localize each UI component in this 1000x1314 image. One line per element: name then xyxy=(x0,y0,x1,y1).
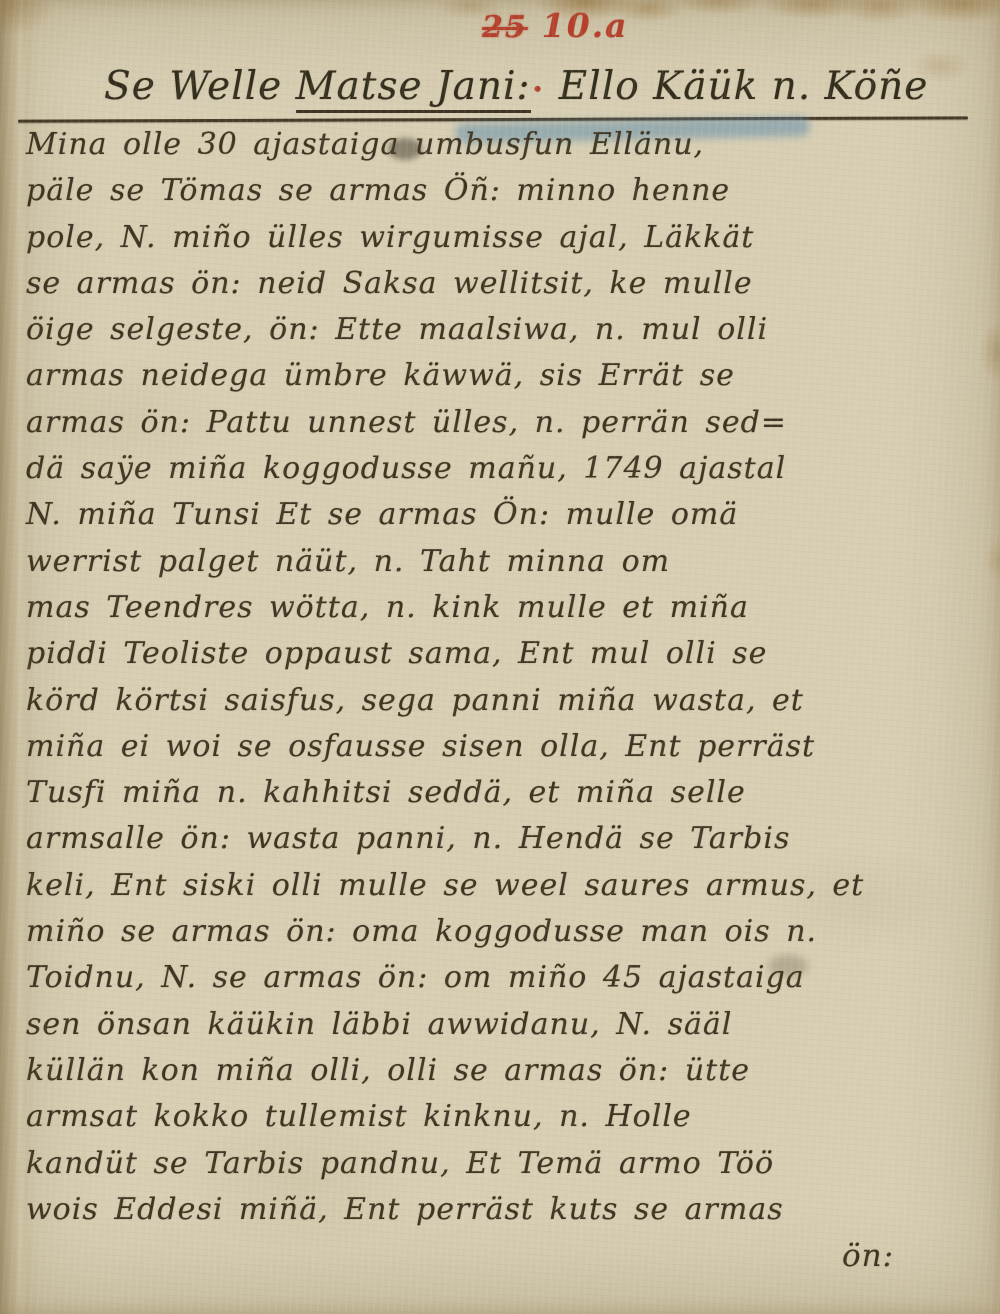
folio-number: 10.a xyxy=(542,6,629,45)
title-underlined-name: Matse Jani: xyxy=(296,64,531,113)
text-line: päle se Tömas se armas Öñ: minno henne xyxy=(26,173,990,219)
text-line: armas neidega ümbre käwwä, sis Errät se xyxy=(26,358,990,404)
page-title: Se Welle Matse Jani:• Ello Käük n. Köñe xyxy=(104,64,980,109)
text-line: küllän kon miña olli, olli se armas ön: … xyxy=(26,1053,990,1099)
catchword: ön: xyxy=(842,1238,894,1274)
text-line: werrist palget näüt, n. Taht minna om xyxy=(26,544,990,590)
text-line: armsalle ön: wasta panni, n. Hendä se Ta… xyxy=(26,821,990,867)
text-line: Toidnu, N. se armas ön: om miño 45 ajast… xyxy=(26,960,990,1006)
text-line: piddi Teoliste oppaust sama, Ent mul oll… xyxy=(26,636,990,682)
red-ink-dot: • xyxy=(532,77,545,101)
text-line: miña ei woi se osfausse sisen olla, Ent … xyxy=(26,729,990,775)
title-part3: Ello Käük n. Köñe xyxy=(545,64,928,109)
folio-number-struck: 25 xyxy=(482,10,528,45)
text-line: öige selgeste, ön: Ette maalsiwa, n. mul… xyxy=(26,312,990,358)
manuscript-body: Mina olle 30 ajastaiga umbusfun Ellänu, … xyxy=(26,127,990,1238)
text-line: pole, N. miño ülles wirgumisse ajal, Läk… xyxy=(26,220,990,266)
text-line: mas Teendres wötta, n. kink mulle et miñ… xyxy=(26,590,990,636)
text-line: körd körtsi saisfus, sega panni miña was… xyxy=(26,683,990,729)
title-part1: Se Welle xyxy=(104,64,296,109)
text-line: se armas ön: neid Saksa wellitsit, ke mu… xyxy=(26,266,990,312)
text-line: sen önsan käükin läbbi awwidanu, N. sääl xyxy=(26,1007,990,1053)
text-line: N. miña Tunsi Et se armas Ön: mulle omä xyxy=(26,497,990,543)
text-line: kandüt se Tarbis pandnu, Et Temä armo Tö… xyxy=(26,1146,990,1192)
title-rule xyxy=(18,116,968,122)
text-line: Mina olle 30 ajastaiga umbusfun Ellänu, xyxy=(26,127,990,173)
text-line: wois Eddesi miñä, Ent perräst kuts se ar… xyxy=(26,1192,990,1238)
text-line: armas ön: Pattu unnest ülles, n. perrän … xyxy=(26,405,990,451)
text-line: armsat kokko tullemist kinknu, n. Holle xyxy=(26,1099,990,1145)
text-line: keli, Ent siski olli mulle se weel saure… xyxy=(26,868,990,914)
text-line: Tusfi miña n. kahhitsi seddä, et miña se… xyxy=(26,775,990,821)
manuscript-page: 2510.a Se Welle Matse Jani:• Ello Käük n… xyxy=(0,0,1000,1314)
text-line: dä saÿe miña koggodusse mañu, 1749 ajast… xyxy=(26,451,990,497)
folio-numbers: 2510.a xyxy=(482,6,629,45)
text-line: miño se armas ön: oma koggodusse man ois… xyxy=(26,914,990,960)
